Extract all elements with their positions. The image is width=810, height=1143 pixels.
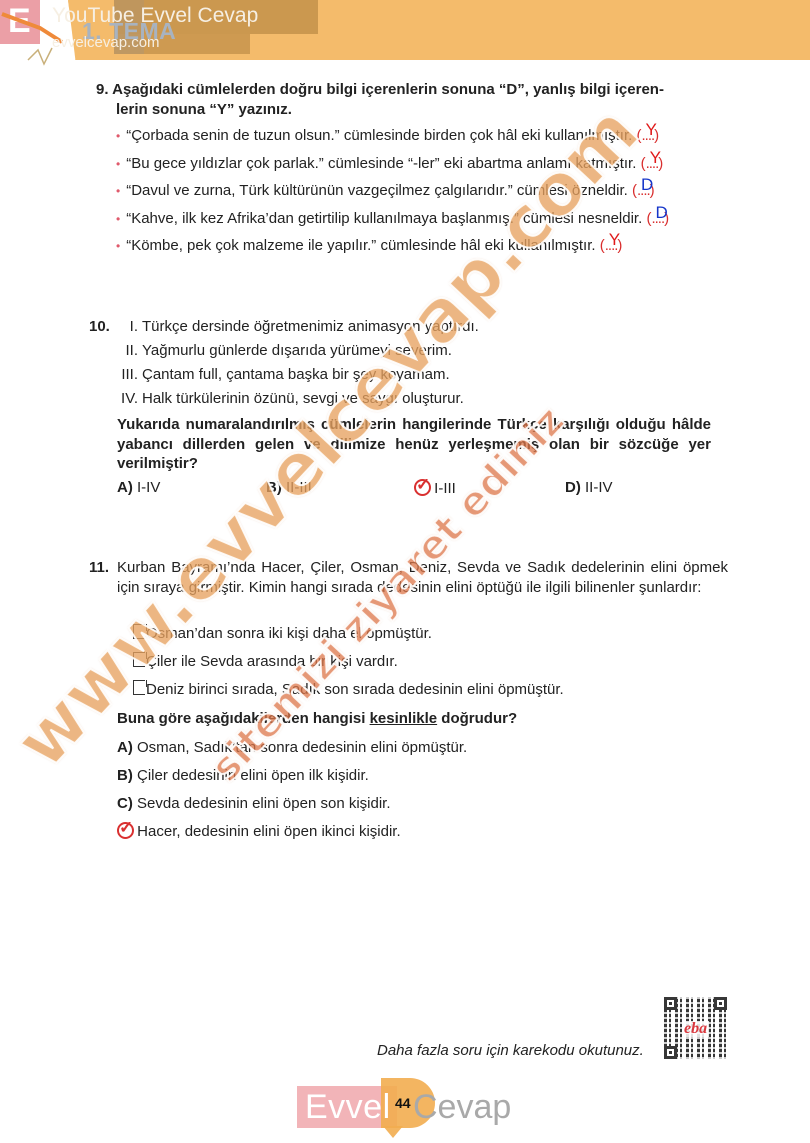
statement-text: “Kahve, ilk kez Afrika’dan getirtilip ku… <box>126 210 642 227</box>
handwritten-answer: D <box>655 203 666 223</box>
roman-numeral: II. <box>114 341 138 361</box>
channel-title[interactable]: YouTube Evvel Cevap <box>52 4 258 28</box>
numbered-sentence: I.Türkçe dersinde öğretmenimiz animasyon… <box>114 317 479 341</box>
option-a[interactable]: A) Osman, Sadık’tan sonra dedesinin elin… <box>117 738 467 766</box>
page-number: 44 <box>395 1095 411 1111</box>
question-9-prompt: 9. Aşağıdaki cümlelerden doğru bilgi içe… <box>96 80 716 120</box>
option-c[interactable]: ✓ I-III <box>414 479 456 497</box>
question-11-prompt: Buna göre aşağıdakilerden hangisi kesinl… <box>117 709 517 729</box>
statement-item: •“Kahve, ilk kez Afrika’dan getirtilip k… <box>116 209 726 237</box>
answer-blank[interactable]: ....Y <box>605 237 618 254</box>
statement-text: “Çorbada senin de tuzun olsun.” cümlesin… <box>126 127 632 144</box>
checkbox-icon <box>133 624 145 639</box>
qr-code-icon[interactable]: eba <box>664 997 727 1059</box>
question-11-stem: Kurban Bayramı’nda Hacer, Çiler, Osman, … <box>117 558 728 597</box>
prompt-line-1: Aşağıdaki cümlelerden doğru bilgi içeren… <box>112 81 664 98</box>
statement-text: “Bu gece yıldızlar çok parlak.” cümlesin… <box>126 155 636 172</box>
numbered-sentence: III.Çantam full, çantama başka bir şey k… <box>114 365 479 389</box>
statement-item: •“Çorbada senin de tuzun olsun.” cümlesi… <box>116 126 726 154</box>
option-a[interactable]: A) I-IV <box>117 479 160 496</box>
answer-blank[interactable]: ....D <box>637 182 650 199</box>
roman-numeral: I. <box>114 317 138 337</box>
sentence-text: Türkçe dersinde öğretmenimiz animasyon y… <box>142 318 479 335</box>
sentence-text: Çantam full, çantama başka bir şey koyam… <box>142 366 450 383</box>
handwritten-answer: Y <box>609 230 619 250</box>
option-d[interactable]: D) II-IV <box>565 479 613 496</box>
check-mark-icon: ✓ <box>414 479 430 495</box>
option-c[interactable]: C) Sevda dedesinin elini öpen son kişidi… <box>117 794 467 822</box>
sentence-text: Halk türkülerinin özünü, sevgi ve saygı … <box>142 390 464 407</box>
prompt-line-2: lerin sonuna “Y” yazınız. <box>96 100 716 120</box>
handwritten-answer: Y <box>650 148 660 168</box>
option-b[interactable]: B) II-III <box>266 479 312 496</box>
question-10-options: A) I-IVB) II-III✓ I-IIID) II-IV <box>117 479 717 499</box>
qr-caption: Daha fazla soru için karekodu okutunuz. <box>377 1042 644 1059</box>
footer-logo: Evvel Cevap 44 <box>297 1078 527 1138</box>
bullet-icon: • <box>116 184 120 198</box>
fact-item: Deniz birinci sırada, Sadık son sırada d… <box>133 680 564 708</box>
channel-url-link[interactable]: evvelcevap.com <box>52 34 160 51</box>
statement-item: •“Bu gece yıldızlar çok parlak.” cümlesi… <box>116 154 726 182</box>
roman-numeral: III. <box>114 365 138 385</box>
handwritten-answer: Y <box>645 120 655 140</box>
statement-item: •“Kömbe, pek çok malzeme ile yapılır.” c… <box>116 236 726 264</box>
logo-text-right: Cevap <box>413 1088 511 1127</box>
answer-blank[interactable]: ....D <box>651 210 664 227</box>
eba-logo: eba <box>682 1021 709 1037</box>
question-10-prompt: Yukarıda numaralandırılmış cümlelerin ha… <box>117 415 711 474</box>
numbered-sentence: IV.Halk türkülerinin özünü, sevgi ve say… <box>114 389 479 413</box>
answer-blank[interactable]: ....Y <box>646 155 659 172</box>
handwritten-answer: D <box>641 175 652 195</box>
bullet-icon: • <box>116 239 120 253</box>
fact-item: Osman’dan sonra iki kişi daha el öpmüştü… <box>133 624 564 652</box>
answer-blank[interactable]: ....Y <box>641 127 654 144</box>
option-d[interactable]: ✓ Hacer, dedesinin elini öpen ikinci kiş… <box>117 822 467 850</box>
option-b[interactable]: B) Çiler dedesinin elini öpen ilk kişidi… <box>117 766 467 794</box>
statement-text: “Davul ve zurna, Türk kültürünün vazgeçi… <box>126 182 628 199</box>
check-mark-icon: ✓ <box>117 822 133 838</box>
question-11-facts: Osman’dan sonra iki kişi daha el öpmüştü… <box>133 624 564 708</box>
statement-item: •“Davul ve zurna, Türk kültürünün vazgeç… <box>116 181 726 209</box>
checkbox-icon <box>133 652 145 667</box>
numbered-sentence: II.Yağmurlu günlerde dışarıda yürümeyi s… <box>114 341 479 365</box>
sentence-text: Yağmurlu günlerde dışarıda yürümeyi seve… <box>142 342 452 359</box>
checkbox-icon <box>133 680 145 695</box>
statement-text: “Kömbe, pek çok malzeme ile yapılır.” cü… <box>126 237 595 254</box>
question-9-statements: •“Çorbada senin de tuzun olsun.” cümlesi… <box>116 126 726 264</box>
emphasis-underlined: kesinlikle <box>370 710 438 727</box>
question-10-sentences: I.Türkçe dersinde öğretmenimiz animasyon… <box>114 317 479 413</box>
roman-numeral: IV. <box>114 389 138 409</box>
fact-item: Çiler ile Sevda arasında bir kişi vardır… <box>133 652 564 680</box>
bullet-icon: • <box>116 157 120 171</box>
question-number: 9. <box>96 81 109 98</box>
question-number: 10. <box>89 317 110 337</box>
question-number: 11. <box>89 558 109 578</box>
bullet-icon: • <box>116 212 120 226</box>
bullet-icon: • <box>116 129 120 143</box>
question-11-options: A) Osman, Sadık’tan sonra dedesinin elin… <box>117 738 467 850</box>
logo-text-left: Evvel <box>305 1088 391 1127</box>
